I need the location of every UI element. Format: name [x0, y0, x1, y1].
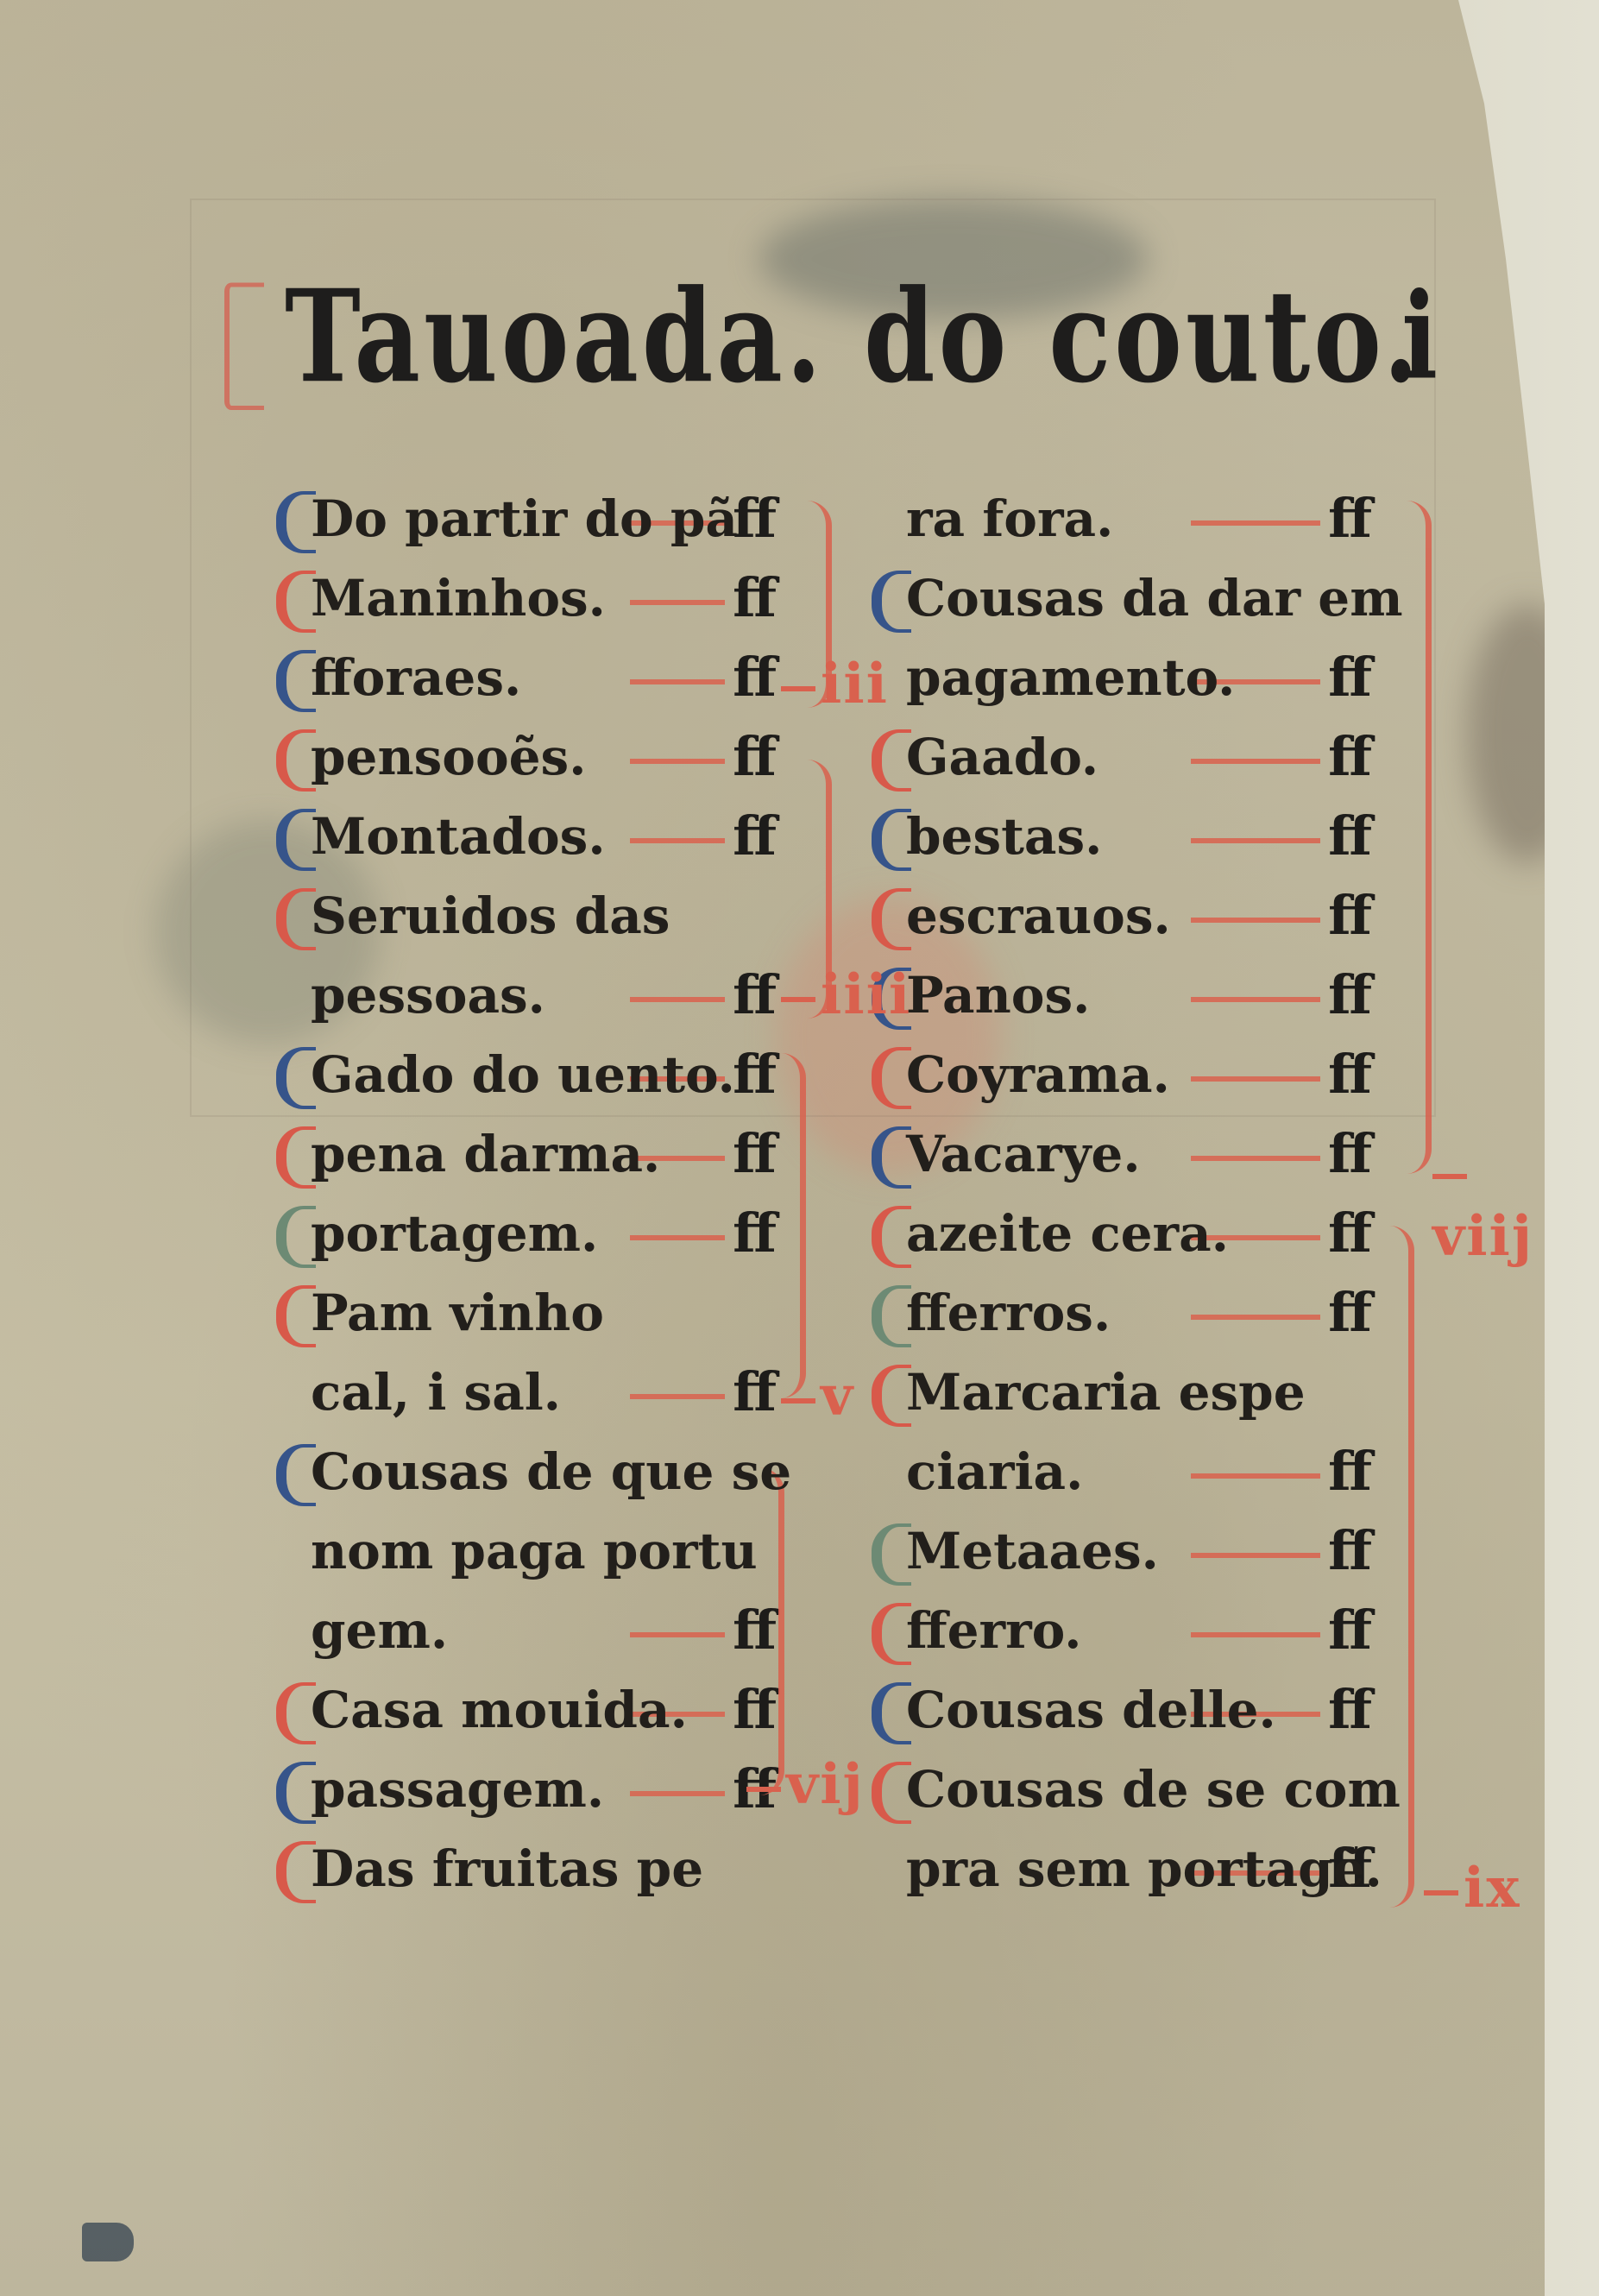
- entry-text: Das fruitas pe: [311, 1839, 703, 1898]
- entry-text: Pam vinho: [311, 1284, 604, 1342]
- index-entry: bestas.ff: [906, 797, 1407, 876]
- manuscript-folio: Tauoada. do couto. i Do partir do pãffMa…: [0, 0, 1545, 2296]
- index-entry: passagem.ff: [311, 1750, 811, 1829]
- index-entry: pagamento.ff: [906, 638, 1407, 717]
- entry-text: portagem.: [311, 1204, 598, 1263]
- numeral-tick: [1432, 1174, 1467, 1179]
- entry-text: Vacarye.: [906, 1125, 1141, 1183]
- index-entry: fforaes.ff: [311, 638, 811, 717]
- entry-text: pena darma.: [311, 1125, 660, 1183]
- folio-reference: ff: [733, 717, 777, 797]
- index-entry: Cousas da dar em: [906, 558, 1407, 638]
- entry-text: Panos.: [906, 966, 1090, 1025]
- folio-reference: ff: [1328, 1114, 1372, 1194]
- entry-text: ciaria.: [906, 1442, 1083, 1501]
- rubric-rule: [630, 1235, 725, 1240]
- folio-numeral: iii: [781, 652, 889, 716]
- numeral-label: iii: [821, 652, 889, 716]
- folio-reference: ff: [1328, 1273, 1372, 1353]
- rubric-rule: [1191, 997, 1320, 1002]
- folio-reference: ff: [1328, 1511, 1372, 1591]
- rubric-brace: [1407, 501, 1432, 1174]
- index-entry: Cousas delle.ff: [906, 1670, 1407, 1750]
- entry-text: pra sem portagẽ.: [906, 1839, 1382, 1898]
- rubric-rule: [1191, 1315, 1320, 1320]
- rubric-brace: [759, 1467, 784, 1795]
- entry-text: fferros.: [906, 1284, 1111, 1342]
- entry-text: Cousas delle.: [906, 1681, 1276, 1739]
- rubric-rule: [1191, 1473, 1320, 1479]
- entry-text: ra fora.: [906, 489, 1113, 548]
- numeral-tick: [781, 686, 815, 691]
- folio-reference: ff: [733, 638, 777, 717]
- numeral-tick: [781, 1398, 815, 1403]
- rubric-rule: [1191, 1553, 1320, 1558]
- index-entry: Panos.ff: [906, 956, 1407, 1035]
- folio-reference: ff: [1328, 797, 1372, 876]
- index-entry: ciaria.ff: [906, 1432, 1407, 1511]
- rubric-rule: [630, 1394, 725, 1399]
- folio-numeral: iiii: [781, 962, 911, 1027]
- numeral-label: viij: [1432, 1204, 1533, 1269]
- folio-reference: ff: [733, 1194, 777, 1273]
- rubric-rule: [630, 838, 725, 843]
- entry-text: cal, i sal.: [311, 1363, 561, 1422]
- rubric-rule: [1191, 1156, 1320, 1161]
- index-entry: Cousas de se com: [906, 1750, 1407, 1829]
- folio-numeral: ix: [1424, 1856, 1520, 1921]
- entry-text: bestas.: [906, 807, 1102, 866]
- rubric-rule: [630, 1632, 725, 1637]
- entry-text: gem.: [311, 1601, 448, 1660]
- entry-text: pagamento.: [906, 648, 1235, 707]
- entry-text: pensooẽs.: [311, 728, 586, 786]
- index-entry: cal, i sal.ff: [311, 1353, 811, 1432]
- numeral-tick: [746, 1787, 781, 1792]
- entry-text: escrauos.: [906, 886, 1171, 945]
- entry-text: Cousas da dar em: [906, 569, 1403, 628]
- numeral-label: v: [821, 1364, 854, 1429]
- folio-reference: ff: [1328, 956, 1372, 1035]
- folio-reference: ff: [1328, 876, 1372, 956]
- index-entry: pensooẽs.ff: [311, 717, 811, 797]
- entry-text: fforaes.: [311, 648, 521, 707]
- corner-clip: [82, 2223, 134, 2261]
- index-entry: Metaaes.ff: [906, 1511, 1407, 1591]
- index-entry: pessoas.ff: [311, 956, 811, 1035]
- folio-reference: ff: [733, 479, 777, 558]
- rubric-rule: [1191, 759, 1320, 764]
- rubric-rule: [1191, 1632, 1320, 1637]
- page-title: Tauoada. do couto. i: [285, 250, 1441, 423]
- folio-reference: ff: [1328, 1670, 1372, 1750]
- folio-reference: ff: [733, 956, 777, 1035]
- folio-numeral: v: [781, 1364, 854, 1429]
- folio-reference: ff: [733, 1353, 777, 1432]
- rubric-rule: [1191, 918, 1320, 923]
- index-entry: Casa mouida.ff: [311, 1670, 811, 1750]
- entry-text: passagem.: [311, 1760, 604, 1819]
- entry-text: pessoas.: [311, 966, 545, 1025]
- rubric-bracket: [224, 283, 264, 411]
- entry-text: Cousas de que se: [311, 1442, 791, 1501]
- index-entry: pra sem portagẽ.ff: [906, 1829, 1407, 1908]
- index-entry: Coyrama.ff: [906, 1035, 1407, 1114]
- entry-text: Do partir do pã: [311, 489, 738, 548]
- rubric-brace: [781, 1053, 806, 1398]
- folio-reference: ff: [733, 797, 777, 876]
- entry-text: nom paga portu: [311, 1522, 758, 1580]
- folio-reference: ff: [1328, 1591, 1372, 1670]
- entry-text: Gaado.: [906, 728, 1099, 786]
- index-entry: Gado do uento.ff: [311, 1035, 811, 1114]
- folio-reference: ff: [733, 1114, 777, 1194]
- index-entry: pena darma.ff: [311, 1114, 811, 1194]
- numeral-tick: [781, 997, 815, 1002]
- rubric-rule: [1191, 520, 1320, 526]
- title-text: Tauoada. do couto.: [285, 262, 1422, 412]
- index-entry: Marcaria espe: [906, 1353, 1407, 1432]
- index-entry: Seruidos das: [311, 876, 811, 956]
- folio-reference: ff: [1328, 638, 1372, 717]
- folio-reference: ff: [1328, 1035, 1372, 1114]
- entry-text: Marcaria espe: [906, 1363, 1306, 1422]
- index-entry: ra fora.ff: [906, 479, 1407, 558]
- index-entry: Do partir do pãff: [311, 479, 811, 558]
- index-entry: Cousas de que se: [311, 1432, 811, 1511]
- entry-text: azeite cera.: [906, 1204, 1229, 1263]
- entry-text: Montados.: [311, 807, 606, 866]
- rubric-rule: [1191, 838, 1320, 843]
- folio-reference: ff: [733, 558, 777, 638]
- left-column: Do partir do pãffManinhos.fffforaes.ffpe…: [311, 479, 811, 1908]
- folio-reference: ff: [733, 1035, 777, 1114]
- rubric-rule: [630, 997, 725, 1002]
- folio-reference: ff: [1328, 1194, 1372, 1273]
- folio-numeral: viij: [1432, 1139, 1545, 1269]
- entry-text: Metaaes.: [906, 1522, 1159, 1580]
- index-entry: Das fruitas pe: [311, 1829, 811, 1908]
- entry-text: Casa mouida.: [311, 1681, 688, 1739]
- index-entry: gem.ff: [311, 1591, 811, 1670]
- entry-text: Gado do uento.: [311, 1045, 735, 1104]
- right-column: ra fora.ffCousas da dar empagamento.ffGa…: [906, 479, 1407, 1908]
- rubric-rule: [1191, 1076, 1320, 1082]
- rubric-rule: [630, 1791, 725, 1796]
- index-entry: Montados.ff: [311, 797, 811, 876]
- index-entry: escrauos.ff: [906, 876, 1407, 956]
- index-entry: azeite cera.ff: [906, 1194, 1407, 1273]
- folio-reference: ff: [1328, 479, 1372, 558]
- numeral-label: iiii: [821, 962, 911, 1027]
- folio-reference: ff: [1328, 717, 1372, 797]
- index-entry: fferro.ff: [906, 1591, 1407, 1670]
- folio-reference: ff: [1328, 1432, 1372, 1511]
- index-entry: Pam vinho: [311, 1273, 811, 1353]
- index-entry: Vacarye.ff: [906, 1114, 1407, 1194]
- numeral-label: ix: [1464, 1856, 1520, 1921]
- numeral-label: vij: [786, 1752, 865, 1817]
- folio-numeral: vij: [746, 1752, 865, 1817]
- numeral-tick: [1424, 1890, 1458, 1895]
- rubric-rule: [630, 600, 725, 605]
- entry-text: Cousas de se com: [906, 1760, 1401, 1819]
- index-entry: portagem.ff: [311, 1194, 811, 1273]
- rubric-rule: [630, 679, 725, 684]
- entry-text: Maninhos.: [311, 569, 606, 628]
- index-entry: Maninhos.ff: [311, 558, 811, 638]
- entry-text: Seruidos das: [311, 886, 670, 945]
- entry-text: fferro.: [906, 1601, 1081, 1660]
- index-entry: fferros.ff: [906, 1273, 1407, 1353]
- title-mark: i: [1401, 250, 1441, 423]
- index-entry: nom paga portu: [311, 1511, 811, 1591]
- index-entry: Gaado.ff: [906, 717, 1407, 797]
- rubric-rule: [630, 759, 725, 764]
- entry-text: Coyrama.: [906, 1045, 1170, 1104]
